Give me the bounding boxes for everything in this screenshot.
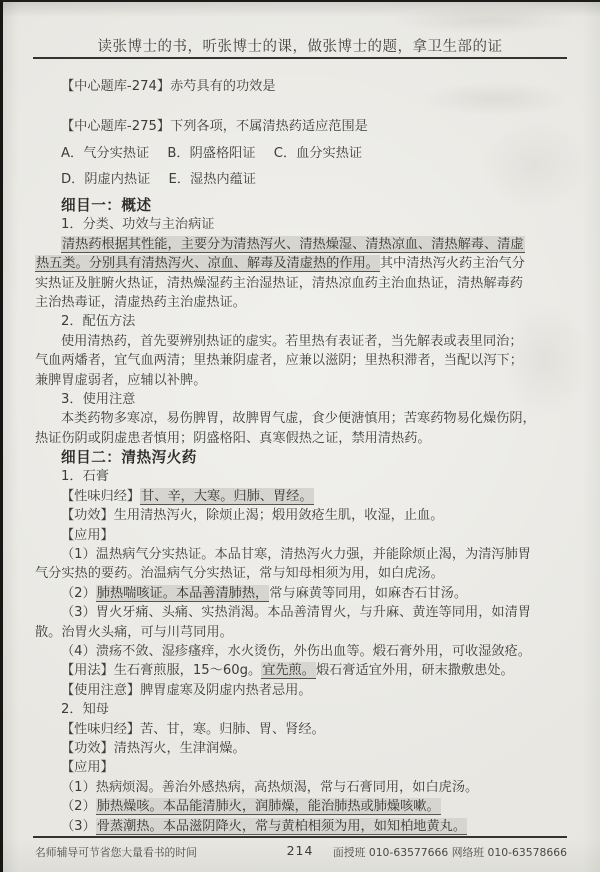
text-segment: 兼脾胃虚弱者，应辅以补脾。 bbox=[35, 373, 206, 388]
text-segment: （2） bbox=[61, 799, 96, 814]
scan-left-edge bbox=[0, 0, 3, 872]
document-lines: 细目一：概述1．分类、功效与主治病证清热药根据其性能，主要分为清热泻火、清热燥湿… bbox=[35, 196, 575, 836]
text-segment: （3） bbox=[61, 819, 96, 834]
text-segment: （1）温热病气分实热证。本品甘寒，清热泻火力强，并能除烦止渴，为清泻肺胃 bbox=[61, 547, 531, 562]
text-segment: 其中清热泻火药主治气分 bbox=[380, 256, 525, 271]
text-segment: 主治热毒证，清虚热药主治虚热证。 bbox=[35, 295, 246, 310]
text-segment: 3．使用注意 bbox=[61, 392, 135, 407]
text-segment: 热证伤阴或阴虚患者慎用；阴盛格阳、真寒假热之证，禁用清热药。 bbox=[35, 431, 431, 446]
text-segment: 【功效】生用清热泻火，除烦止渴；煅用敛疮生肌，收湿，止血。 bbox=[61, 508, 443, 523]
text-line: 气血两燔者，宜气血两清；里热兼阴虚者，应兼以滋阴；里热积滞者，当配以泻下； bbox=[35, 351, 575, 370]
question-275-stem: 下列各项，不属清热药适应范围是 bbox=[170, 119, 368, 134]
text-line: 【应用】 bbox=[35, 526, 575, 545]
text-segment: 【性味归经】苦、甘，寒。归肺、胃、肾经。 bbox=[61, 722, 325, 737]
section-heading: 细目二：清热泻火药 bbox=[35, 448, 575, 467]
text-line: 【用法】生石膏煎服，15～60g。宜先煎。煅石膏适宜外用，研末撒敷患处。 bbox=[35, 661, 575, 680]
scan-top-edge bbox=[0, 0, 600, 2]
text-segment: 煅石膏适宜外用，研末撒敷患处。 bbox=[316, 663, 514, 678]
text-line: （3）胃火牙痛、头痛、实热消渴。本品善清胃火，与升麻、黄连等同用，如清胃 bbox=[35, 603, 575, 622]
text-line: 使用清热药，首先要辨别热证的虚实。若里热有表证者，当先解表或表里同治； bbox=[35, 332, 575, 351]
option-d: D．阴虚内热证 bbox=[61, 171, 150, 189]
text-segment: （3）胃火牙痛、头痛、实热消渴。本品善清胃火，与升麻、黄连等同用，如清胃 bbox=[61, 605, 531, 620]
text-line: 2．配伍方法 bbox=[35, 312, 575, 331]
highlighted-text: 骨蒸潮热。本品滋阴降火，常与黄柏相须为用，如知柏地黄丸。 bbox=[96, 818, 467, 835]
text-segment: 气分实热的要药。治温病气分实热证，常与知母相须为用，如白虎汤。 bbox=[35, 566, 444, 581]
text-line: 【使用注意】脾胃虚寒及阴虚内热者忌用。 bbox=[35, 681, 575, 700]
highlighted-text: 甘、辛，大寒。归肺、胃经。 bbox=[140, 488, 313, 505]
text-segment: 常与麻黄等同用，如麻杏石甘汤。 bbox=[269, 586, 467, 601]
text-segment: 1．分类、功效与主治病证 bbox=[61, 217, 214, 232]
text-line: （3）骨蒸潮热。本品滋阴降火，常与黄柏相须为用，如知柏地黄丸。 bbox=[35, 817, 575, 836]
text-line: 热证伤阴或阴虚患者慎用；阴盛格阳、真寒假热之证，禁用清热药。 bbox=[35, 429, 575, 448]
text-segment: 细目一：概述 bbox=[61, 197, 152, 214]
header-slogan: 读张博士的书，听张博士的课，做张博士的题，拿卫生部的证 bbox=[0, 35, 600, 56]
text-line: 实热证及脏腑火热证，清热燥湿药主治湿热证，清热凉血药主治血热证，清热解毒药 bbox=[35, 274, 575, 293]
question-275-tag: 【中心题库-275】 bbox=[61, 119, 170, 134]
text-segment: （1）热病烦渴。善治外感热病，高热烦渴，常与石膏同用，如白虎汤。 bbox=[61, 780, 478, 795]
footer-rule bbox=[33, 836, 567, 838]
option-c: C．血分实热证 bbox=[274, 145, 362, 163]
text-segment: （2） bbox=[61, 586, 96, 601]
text-line: 【性味归经】苦、甘，寒。归肺、胃、肾经。 bbox=[35, 720, 575, 739]
option-e: E．湿热内蕴证 bbox=[168, 171, 255, 189]
option-a: A．气分实热证 bbox=[61, 145, 149, 163]
text-line: 气分实热的要药。治温病气分实热证，常与知母相须为用，如白虎汤。 bbox=[35, 564, 575, 583]
text-line: （1）温热病气分实热证。本品甘寒，清热泻火力强，并能除烦止渴，为清泻肺胃 bbox=[35, 545, 575, 564]
scanned-book-page: 读张博士的书，听张博士的课，做张博士的题，拿卫生部的证 【中心题库-274】赤芍… bbox=[0, 0, 600, 872]
text-segment: 【功效】清热泻火，生津润燥。 bbox=[61, 741, 246, 756]
text-line: 1．分类、功效与主治病证 bbox=[35, 215, 575, 234]
highlighted-text: 肺热燥咳。本品能清肺火，润肺燥，能治肺热或肺燥咳嗽。 bbox=[96, 798, 441, 815]
text-segment: 散。治胃火头痛，可与川芎同用。 bbox=[35, 625, 233, 640]
text-line: 主治热毒证，清虚热药主治虚热证。 bbox=[35, 293, 575, 312]
header-rule bbox=[33, 57, 567, 59]
text-segment: 2．知母 bbox=[61, 702, 109, 717]
text-line: 热五类。分别具有清热泻火、凉血、解毒及清虚热的作用。其中清热泻火药主治气分 bbox=[35, 254, 575, 273]
text-segment: 气血两燔者，宜气血两清；里热兼阴虚者，应兼以滋阴；里热积滞者，当配以泻下； bbox=[35, 353, 523, 368]
text-segment: 【用法】生石膏煎服，15～60g。 bbox=[61, 663, 261, 678]
text-line: 3．使用注意 bbox=[35, 390, 575, 409]
text-segment: 【应用】 bbox=[61, 760, 114, 775]
text-line: 清热药根据其性能，主要分为清热泻火、清热燥湿、清热凉血、清热解毒、清虚 bbox=[35, 235, 575, 254]
text-segment: 本类药物多寒凉，易伤脾胃，故脾胃气虚，食少便溏慎用；苦寒药物易化燥伤阴， bbox=[61, 411, 536, 426]
text-line: 本类药物多寒凉，易伤脾胃，故脾胃气虚，食少便溏慎用；苦寒药物易化燥伤阴， bbox=[35, 409, 575, 428]
footer-right-text: 面授班 010-63577666 网络班 010-63578666 bbox=[333, 845, 567, 860]
section-heading: 细目一：概述 bbox=[35, 196, 575, 215]
text-line: （4）溃疡不敛、湿疹瘙痒，水火烫伤，外伤出血等。煅石膏外用，可收湿敛疮。 bbox=[35, 642, 575, 661]
highlighted-text: 热五类。分别具有清热泻火、凉血、解毒及清虚热的作用。 bbox=[35, 255, 380, 272]
text-line: 【功效】生用清热泻火，除烦止渴；煅用敛疮生肌，收湿，止血。 bbox=[35, 506, 575, 525]
text-segment: （4）溃疡不敛、湿疹瘙痒，水火烫伤，外伤出血等。煅石膏外用，可收湿敛疮。 bbox=[61, 644, 531, 659]
question-274-stem: 赤芍具有的功效是 bbox=[170, 79, 276, 94]
footer: 名师辅导可节省您大量看书的时间 214 面授班 010-63577666 网络班… bbox=[33, 843, 567, 861]
text-line: 2．知母 bbox=[35, 700, 575, 719]
question-274-tag: 【中心题库-274】 bbox=[61, 79, 170, 94]
highlighted-text: 宜先煎。 bbox=[261, 662, 316, 679]
text-line: （1）热病烦渴。善治外感热病，高热烦渴，常与石膏同用，如白虎汤。 bbox=[35, 778, 575, 797]
question-275-options-row-2: D．阴虚内热证 E．湿热内蕴证 bbox=[35, 171, 567, 189]
text-segment: 细目二：清热泻火药 bbox=[61, 449, 197, 466]
text-line: 1．石膏 bbox=[35, 467, 575, 486]
text-line: 散。治胃火头痛，可与川芎同用。 bbox=[35, 623, 575, 642]
text-line: 【应用】 bbox=[35, 758, 575, 777]
text-line: 【性味归经】甘、辛，大寒。归肺、胃经。 bbox=[35, 487, 575, 506]
text-segment: 实热证及脏腑火热证，清热燥湿药主治湿热证，清热凉血药主治血热证，清热解毒药 bbox=[35, 276, 523, 291]
question-274: 【中心题库-274】赤芍具有的功效是 bbox=[35, 78, 567, 96]
highlighted-text: 肺热喘咳证。本品善清肺热， bbox=[96, 585, 269, 602]
text-line: 【功效】清热泻火，生津润燥。 bbox=[35, 739, 575, 758]
text-segment: 【性味归经】 bbox=[61, 489, 140, 504]
option-b: B．阴盛格阳证 bbox=[167, 145, 255, 163]
text-line: （2）肺热喘咳证。本品善清肺热，常与麻黄等同用，如麻杏石甘汤。 bbox=[35, 584, 575, 603]
text-line: （2）肺热燥咳。本品能清肺火，润肺燥，能治肺热或肺燥咳嗽。 bbox=[35, 797, 575, 816]
text-segment: 使用清热药，首先要辨别热证的虚实。若里热有表证者，当先解表或表里同治； bbox=[61, 334, 523, 349]
question-275: 【中心题库-275】下列各项，不属清热药适应范围是 bbox=[35, 118, 567, 136]
scan-artifact bbox=[390, 6, 580, 34]
text-segment: 【使用注意】脾胃虚寒及阴虚内热者忌用。 bbox=[61, 683, 312, 698]
text-segment: 【应用】 bbox=[61, 528, 114, 543]
text-segment: 1．石膏 bbox=[61, 469, 109, 484]
highlighted-text: 清热药根据其性能，主要分为清热泻火、清热燥湿、清热凉血、清热解毒、清虚 bbox=[61, 236, 525, 253]
text-segment: 2．配伍方法 bbox=[61, 314, 135, 329]
question-275-options-row-1: A．气分实热证 B．阴盛格阳证 C．血分实热证 bbox=[35, 145, 567, 163]
text-line: 兼脾胃虚弱者，应辅以补脾。 bbox=[35, 371, 575, 390]
